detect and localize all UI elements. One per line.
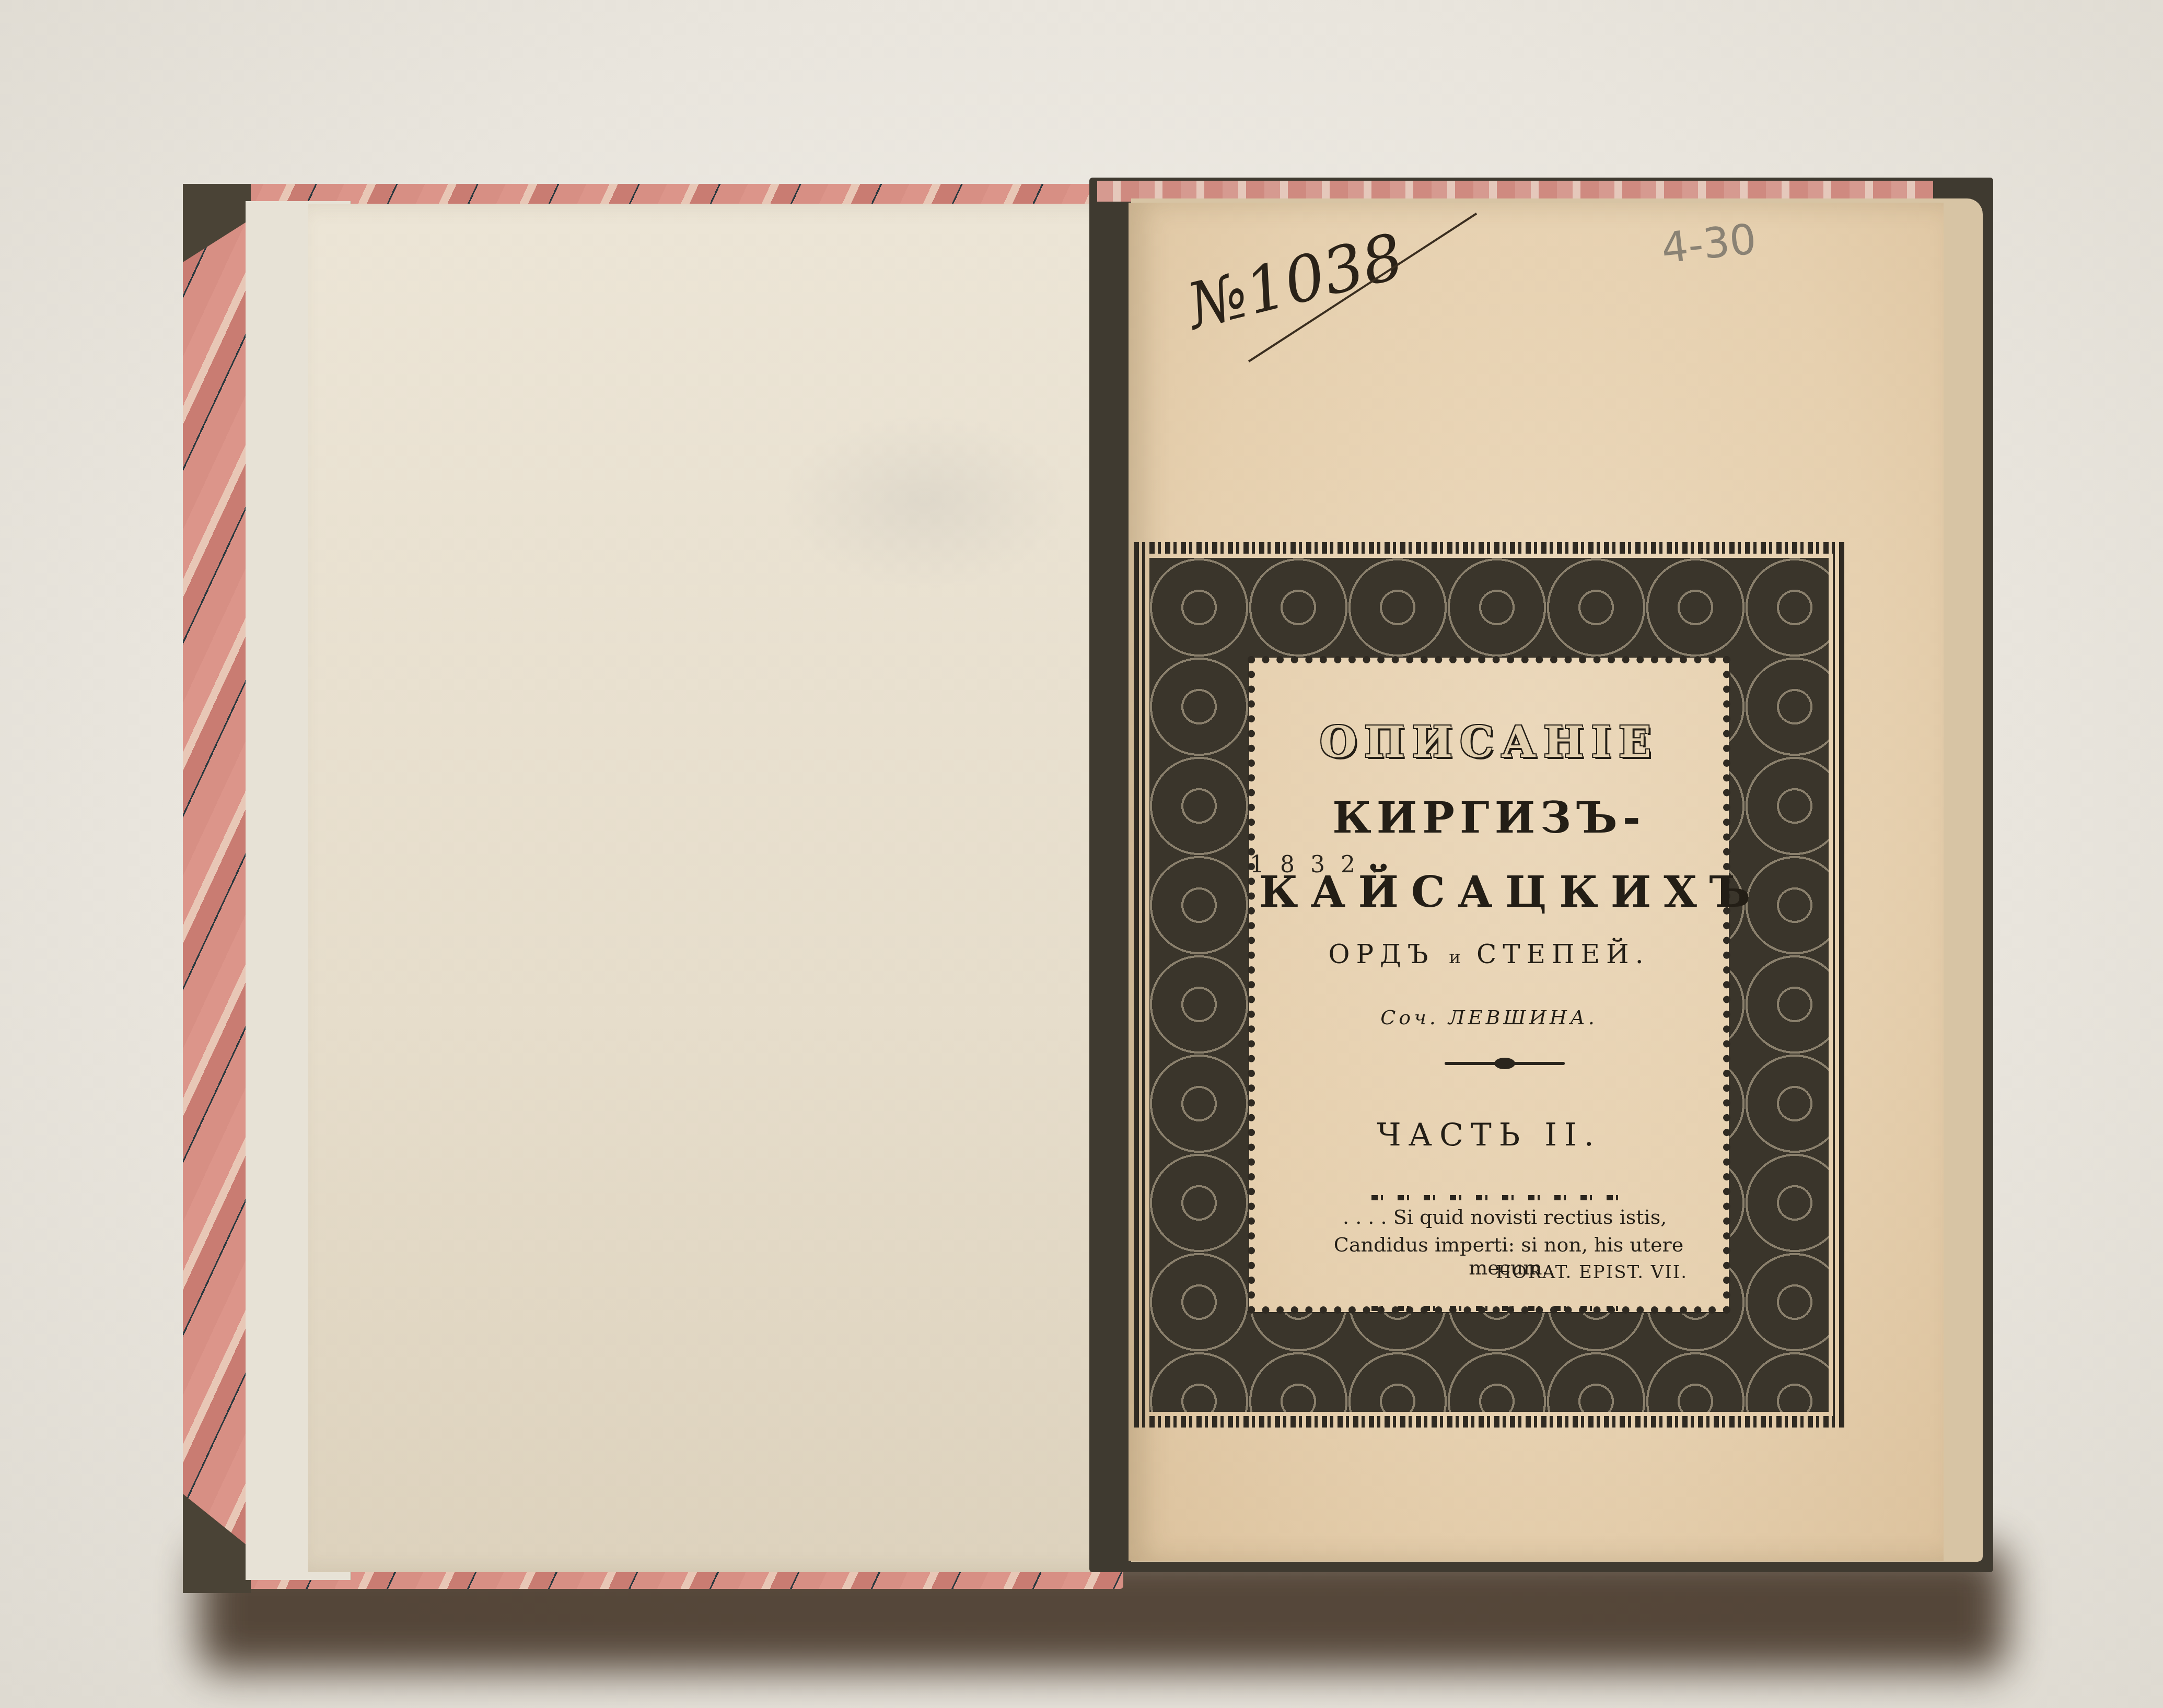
author-line: Соч. ЛЕВШИНА. — [1259, 1006, 1719, 1029]
subtitle: ОРДЪ и СТЕПЕЙ. — [1259, 939, 1719, 969]
part-number: ЧАСТЬ II. — [1259, 1117, 1719, 1153]
publication-year: 1832. — [961, 851, 1682, 878]
ornament-divider-top-icon — [1371, 1195, 1627, 1200]
author-name: ЛЕВШИНА. — [1448, 1006, 1598, 1029]
subtitle-conj: и — [1449, 947, 1462, 968]
epigraph-line-1: . . . . Si quid novisti rectius istis, — [1343, 1206, 1667, 1229]
subtitle-end: СТЕПЕЙ. — [1476, 939, 1650, 969]
title-page: ОПИСАНІЕ КИРГИЗЪ- КАЙСАЦКИХЪ ОРДЪ и СТЕП… — [1129, 203, 1944, 1561]
ink-bleed-mark — [778, 413, 1071, 590]
ornamental-rule-icon — [1445, 1062, 1565, 1065]
title-content: ОПИСАНІЕ КИРГИЗЪ- КАЙСАЦКИХЪ ОРДЪ и СТЕП… — [1259, 668, 1719, 1300]
author-prefix: Соч. — [1380, 1006, 1439, 1029]
title-line-1: ОПИСАНІЕ — [1259, 717, 1719, 767]
subtitle-main: ОРДЪ — [1328, 939, 1434, 969]
open-book: ОПИСАНІЕ КИРГИЗЪ- КАЙСАЦКИХЪ ОРДЪ и СТЕП… — [183, 178, 1996, 1588]
title-line-2: КИРГИЗЪ- — [1259, 793, 1719, 843]
epigraph-source: HORAT. EPIST. VII. — [1496, 1262, 1688, 1283]
ornamental-frame: ОПИСАНІЕ КИРГИЗЪ- КАЙСАЦКИХЪ ОРДЪ и СТЕП… — [1134, 542, 1844, 1428]
ornament-divider-bottom-icon — [1371, 1306, 1627, 1311]
blank-endpaper — [308, 204, 1123, 1572]
pencil-note: 4-30 — [1659, 215, 1759, 273]
